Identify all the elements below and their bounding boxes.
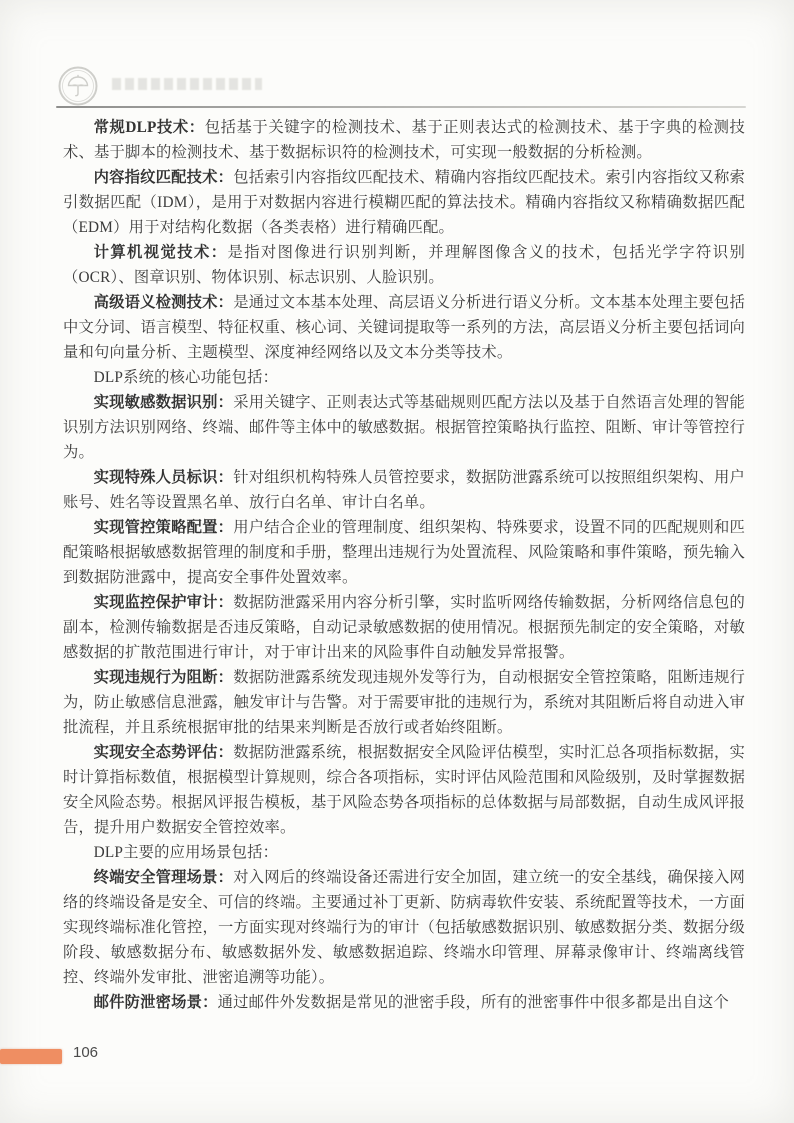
paragraph-lead: 终端安全管理场景：	[94, 869, 234, 886]
footer-accent-bar	[0, 1049, 62, 1064]
page-header	[56, 64, 746, 108]
paragraph-lead: 实现敏感数据识别：	[94, 394, 234, 411]
paragraph: 内容指纹匹配技术：包括索引内容指纹匹配技术、精确内容指纹匹配技术。索引内容指纹又…	[63, 165, 745, 240]
book-page: 常规DLP技术：包括基于关键字的检测技术、基于正则表达式的检测技术、基于字典的检…	[0, 0, 794, 1123]
paragraph-lead: 高级语义检测技术：	[94, 294, 234, 311]
paragraph-text: 通过邮件外发数据是常见的泄密手段，所有的泄密事件中很多都是出自这个	[218, 994, 729, 1011]
body-text: 常规DLP技术：包括基于关键字的检测技术、基于正则表达式的检测技术、基于字典的检…	[63, 115, 745, 1015]
paragraph-lead: 实现特殊人员标识：	[94, 469, 234, 486]
page-number: 106	[73, 1044, 98, 1061]
paragraph: 高级语义检测技术：是通过文本基本处理、高层语义分析进行语义分析。文本基本处理主要…	[63, 290, 745, 365]
paragraph: 实现违规行为阻断：数据防泄露系统发现违规外发等行为，自动根据安全管控策略，阻断违…	[63, 665, 745, 740]
paragraph-text: DLP系统的核心功能包括：	[94, 369, 278, 386]
paragraph: 实现管控策略配置：用户结合企业的管理制度、组织架构、特殊要求，设置不同的匹配规则…	[63, 515, 745, 590]
header-watermark-text	[112, 78, 262, 90]
paragraph-text: DLP主要的应用场景包括：	[94, 844, 278, 861]
paragraph: 实现敏感数据识别：采用关键字、正则表达式等基础规则匹配方法以及基于自然语言处理的…	[63, 390, 745, 465]
paragraph: DLP主要的应用场景包括：	[63, 840, 745, 865]
paragraph: 计算机视觉技术：是指对图像进行识别判断，并理解图像含义的技术，包括光学字符识别（…	[63, 240, 745, 290]
paragraph: 实现安全态势评估：数据防泄露系统，根据数据安全风险评估模型，实时汇总各项指标数据…	[63, 740, 745, 840]
paragraph-lead: 实现管控策略配置：	[94, 519, 234, 536]
paragraph-lead: 内容指纹匹配技术：	[94, 169, 234, 186]
paragraph: 邮件防泄密场景：通过邮件外发数据是常见的泄密手段，所有的泄密事件中很多都是出自这…	[63, 990, 745, 1015]
paragraph-lead: 邮件防泄密场景：	[94, 994, 218, 1011]
paragraph: 实现监控保护审计：数据防泄露采用内容分析引擎，实时监听网络传输数据，分析网络信息…	[63, 590, 745, 665]
umbrella-logo-icon	[58, 66, 98, 106]
paragraph-text: 对入网后的终端设备还需进行安全加固，建立统一的安全基线，确保接入网络的终端设备是…	[63, 869, 745, 986]
paragraph: 终端安全管理场景：对入网后的终端设备还需进行安全加固，建立统一的安全基线，确保接…	[63, 865, 745, 990]
header-divider	[56, 106, 746, 108]
paragraph: DLP系统的核心功能包括：	[63, 365, 745, 390]
paragraph-lead: 实现监控保护审计：	[94, 594, 234, 611]
paragraph-lead: 实现违规行为阻断：	[94, 669, 234, 686]
paragraph: 实现特殊人员标识：针对组织机构特殊人员管控要求，数据防泄露系统可以按照组织架构、…	[63, 465, 745, 515]
paragraph: 常规DLP技术：包括基于关键字的检测技术、基于正则表达式的检测技术、基于字典的检…	[63, 115, 745, 165]
paragraph-lead: 实现安全态势评估：	[94, 744, 234, 761]
paragraph-lead: 常规DLP技术：	[94, 119, 205, 136]
paragraph-lead: 计算机视觉技术：	[94, 244, 228, 261]
